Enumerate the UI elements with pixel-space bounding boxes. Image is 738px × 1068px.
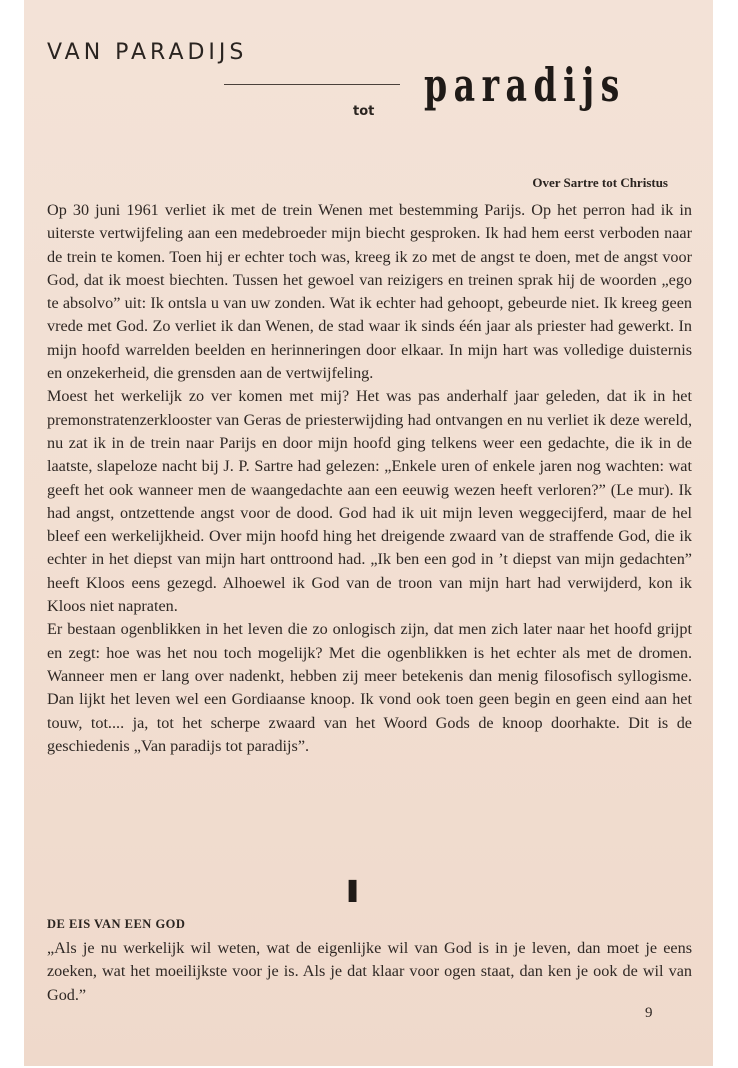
paragraph: Op 30 juni 1961 verliet ik met de trein … xyxy=(47,199,692,385)
section-heading: DE EIS VAN EEN GOD xyxy=(47,917,185,932)
chapter-numeral-text: I xyxy=(345,879,361,907)
book-page: VAN PARADIJS tot paradijs Over Sartre to… xyxy=(24,0,713,1066)
paragraph: Moest het werkelijk zo ver komen met mij… xyxy=(47,385,692,618)
subtitle: Over Sartre tot Christus xyxy=(532,175,668,191)
title-divider-rule xyxy=(224,84,400,85)
title-connector: tot xyxy=(353,104,374,119)
quote-paragraph: „Als je nu werkelijk wil weten, wat de e… xyxy=(47,937,692,1007)
title-top-line: VAN PARADIJS xyxy=(47,40,247,65)
body-text: Op 30 juni 1961 verliet ik met de trein … xyxy=(47,199,692,758)
paragraph: Er bestaan ogenblikken in het leven die … xyxy=(47,618,692,758)
section-quote: „Als je nu werkelijk wil weten, wat de e… xyxy=(47,937,692,1007)
chapter-numeral: I xyxy=(347,879,357,907)
title-main-word: paradijs xyxy=(424,58,626,112)
page-number: 9 xyxy=(645,1005,653,1022)
